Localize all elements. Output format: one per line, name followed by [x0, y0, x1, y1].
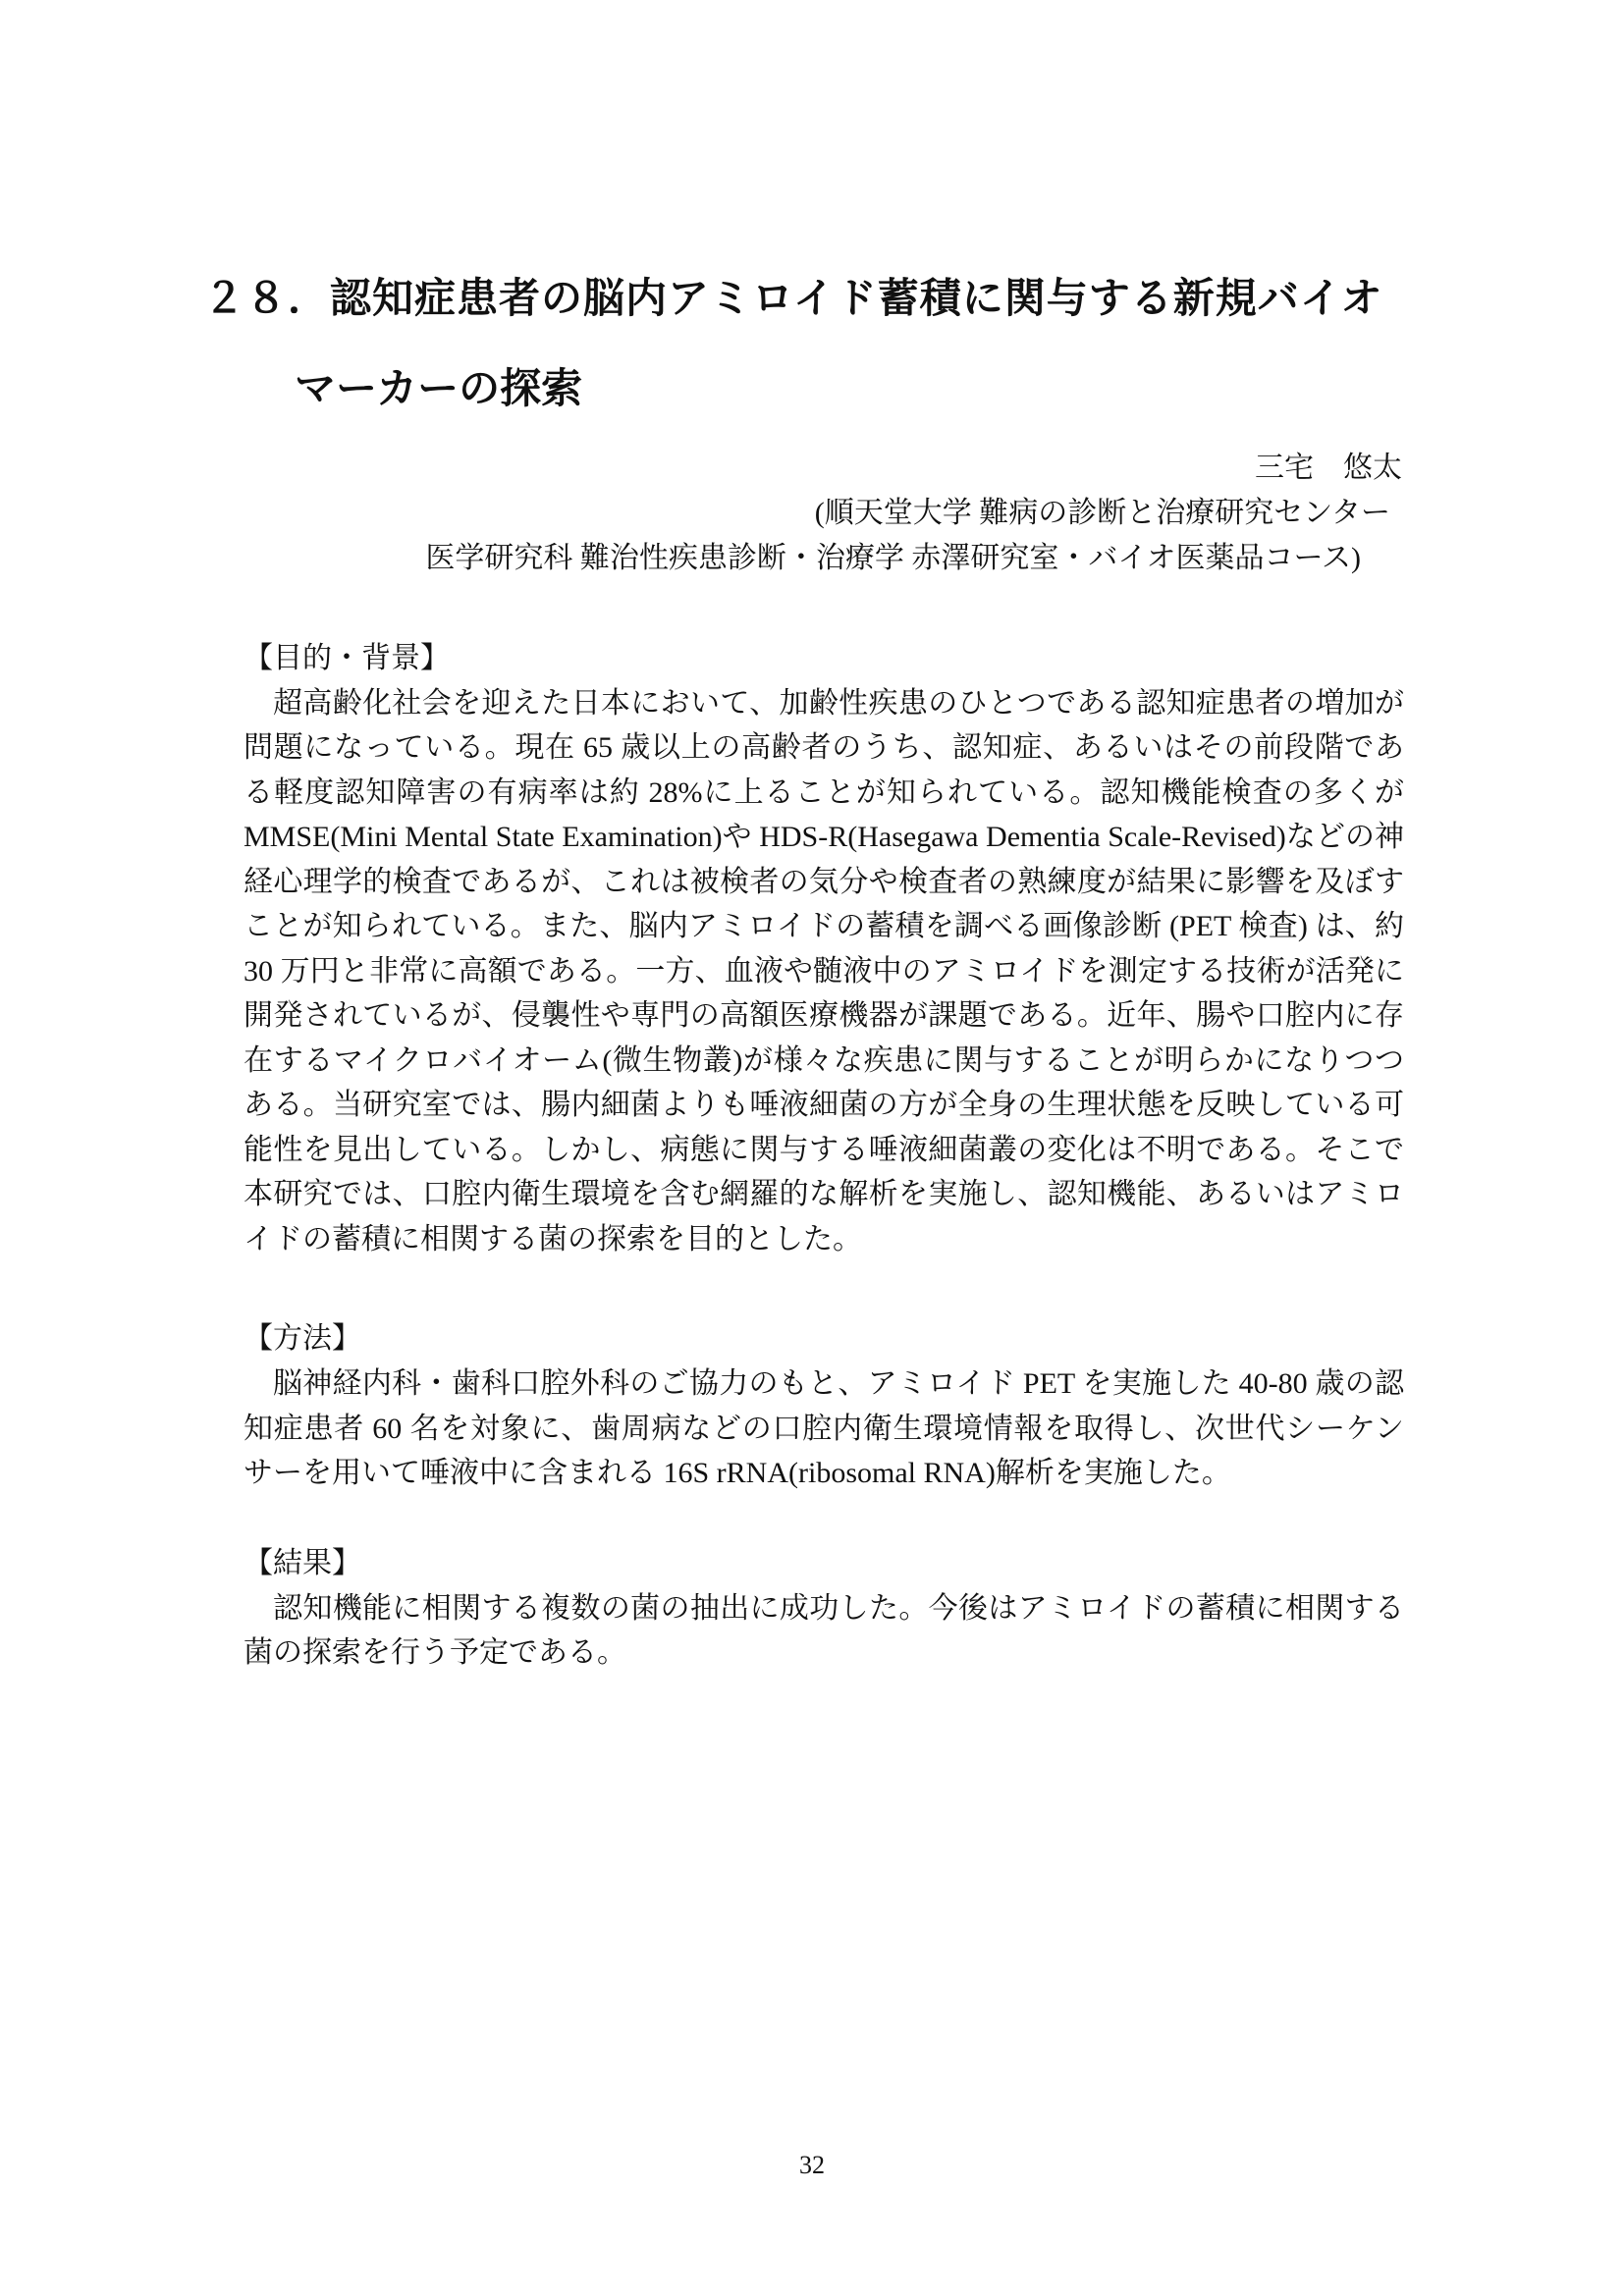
- section-heading-results: 【結果】: [244, 1541, 1404, 1586]
- author-name: 三宅 悠太: [244, 446, 1404, 491]
- section-body-methods: 脳神経内科・歯科口腔外科のご協力のもと、アミロイド PET を実施した 40-8…: [244, 1362, 1404, 1496]
- author-block: 三宅 悠太 (順天堂大学 難病の診断と治療研究センター 医学研究科 難治性疾患診…: [244, 446, 1404, 581]
- section-body-purpose-background: 超高齢化社会を迎えた日本において、加齢性疾患のひとつである認知症患者の増加が問題…: [244, 681, 1404, 1262]
- affiliation-line1: (順天堂大学 難病の診断と治療研究センター: [244, 491, 1404, 536]
- section-results: 【結果】 認知機能に相関する複数の菌の抽出に成功した。今後はアミロイドの蓄積に相…: [244, 1541, 1404, 1676]
- paper-title-line1: ２８．認知症患者の脳内アミロイド蓄積に関与する新規バイオ: [203, 276, 1404, 323]
- affiliation-line2: 医学研究科 難治性疾患診断・治療学 赤澤研究室・バイオ医薬品コース): [244, 536, 1404, 581]
- section-purpose-background: 【目的・背景】 超高齢化社会を迎えた日本において、加齢性疾患のひとつである認知症…: [244, 636, 1404, 1262]
- paper-title-line2: マーカーの探索: [295, 366, 1404, 413]
- section-methods: 【方法】 脳神経内科・歯科口腔外科のご協力のもと、アミロイド PET を実施した…: [244, 1316, 1404, 1496]
- paper-title: ２８．認知症患者の脳内アミロイド蓄積に関与する新規バイオ マーカーの探索: [244, 276, 1404, 414]
- page-number: 32: [0, 2151, 1624, 2180]
- section-body-results: 認知機能に相関する複数の菌の抽出に成功した。今後はアミロイドの蓄積に相関する菌の…: [244, 1586, 1404, 1676]
- document-page: ２８．認知症患者の脳内アミロイド蓄積に関与する新規バイオ マーカーの探索 三宅 …: [0, 0, 1624, 2296]
- section-heading-purpose-background: 【目的・背景】: [244, 636, 1404, 681]
- section-heading-methods: 【方法】: [244, 1316, 1404, 1362]
